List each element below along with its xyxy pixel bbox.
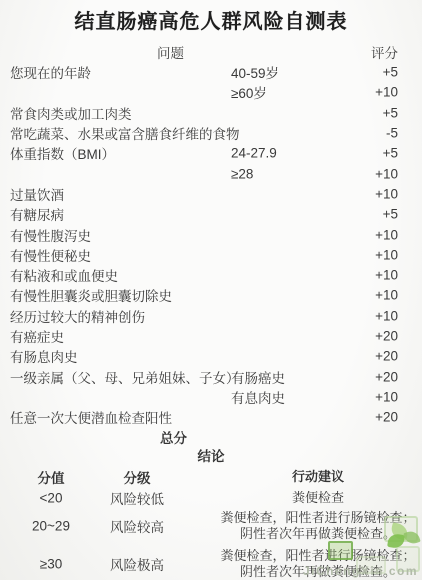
score-cell: +10	[375, 268, 398, 283]
option-cell: 40-59岁	[231, 62, 279, 82]
score-cell: +10	[375, 308, 398, 323]
conclusion-row: 20~29 风险较高 粪便检查，阳性者进行肠镜检查；阴性者次年再做粪便检查。	[0, 509, 422, 543]
risk-table-header: 问题 评分	[0, 42, 422, 60]
risk-table: 您现在的年龄 40-59岁 +5 ≥60岁 +10 常食肉类或加工肉类 +5 常…	[0, 62, 422, 427]
watermark-url: JiChengXin.com	[303, 564, 418, 578]
score-cell: +20	[375, 329, 398, 344]
question-cell: 有癌症史	[10, 326, 64, 346]
grade-cell: 风险较高	[88, 516, 186, 536]
score-cell: +10	[375, 166, 398, 181]
score-cell: +10	[375, 389, 398, 404]
score-cell: +10	[375, 85, 398, 100]
score-cell: +10	[375, 227, 398, 242]
table-row: 有糖尿病 +5	[0, 204, 422, 224]
question-cell: 有肠息肉史	[10, 346, 78, 366]
table-row: 常吃蔬菜、水果或富含膳食纤维的食物 -5	[0, 123, 422, 143]
score-column-header: 评分	[371, 42, 398, 62]
page-title: 结直肠癌高危人群风险自测表	[0, 0, 422, 42]
score-cell: +10	[375, 186, 398, 201]
table-row: 有息肉史 +10	[0, 387, 422, 407]
table-row: 经历过较大的精神创伤 +10	[0, 306, 422, 326]
score-cell: +5	[383, 65, 398, 80]
option-cell: 24-27.9	[231, 146, 277, 161]
question-cell: 体重指数（BMI）	[10, 143, 115, 163]
grade-cell: 风险极高	[88, 554, 186, 574]
total-row: 总分	[0, 427, 422, 447]
question-cell: 经历过较大的精神创伤	[10, 306, 145, 326]
score-cell: +20	[375, 369, 398, 384]
question-cell: 有慢性腹泻史	[10, 225, 91, 245]
total-label: 总分	[160, 427, 187, 447]
value-cell: ≥30	[16, 557, 86, 572]
grade-column-header: 分级	[88, 467, 186, 487]
option-cell: 有肠癌史	[231, 367, 285, 387]
score-cell: +10	[375, 288, 398, 303]
question-cell: 常吃蔬菜、水果或富含膳食纤维的食物	[10, 123, 240, 143]
action-line: 粪便检查，阳性者进行肠镜检查；	[220, 548, 416, 564]
score-cell: +20	[375, 349, 398, 364]
table-row: ≥28 +10	[0, 163, 422, 183]
table-row: 有粘液和或血便史 +10	[0, 265, 422, 285]
score-cell: +5	[383, 105, 398, 120]
value-cell: 20~29	[16, 519, 86, 534]
table-row: 任意一次大便潜血检查阳性 +20	[0, 407, 422, 427]
action-cell: 粪便检查	[220, 490, 416, 506]
option-cell: 有息肉史	[231, 387, 285, 407]
question-cell: 有慢性胆囊炎或胆囊切除史	[10, 285, 172, 305]
table-row: 有癌症史 +20	[0, 326, 422, 346]
action-line: 粪便检查	[220, 490, 416, 506]
score-cell: +5	[383, 146, 398, 161]
question-cell: 一级亲属（父、母、兄弟姐妹、子女）	[10, 367, 240, 387]
conclusion-header-row: 分值 分级 行动建议	[0, 467, 422, 487]
score-cell: +20	[375, 410, 398, 425]
option-cell: ≥60岁	[231, 82, 267, 102]
table-row: 有慢性腹泻史 +10	[0, 224, 422, 244]
question-cell: 任意一次大便潜血检查阳性	[10, 407, 172, 427]
score-cell: +5	[383, 207, 398, 222]
option-cell: ≥28	[231, 166, 253, 181]
table-row: 有慢性便秘史 +10	[0, 245, 422, 265]
conclusion-title: 结论	[0, 447, 422, 467]
table-row: 一级亲属（父、母、兄弟姐妹、子女） 有肠癌史 +20	[0, 366, 422, 386]
question-cell: 有慢性便秘史	[10, 245, 91, 265]
question-cell: 过量饮酒	[10, 184, 64, 204]
question-cell: 有糖尿病	[10, 204, 64, 224]
question-column-header: 问题	[157, 42, 184, 62]
conclusion-row: <20 风险较低 粪便检查	[0, 487, 422, 509]
table-row: 有肠息肉史 +20	[0, 346, 422, 366]
value-column-header: 分值	[16, 467, 86, 487]
value-cell: <20	[16, 491, 86, 506]
action-column-header: 行动建议	[220, 469, 416, 485]
table-row: 过量饮酒 +10	[0, 184, 422, 204]
question-cell: 您现在的年龄	[10, 62, 91, 82]
document-page: 结直肠癌高危人群风险自测表 问题 评分 您现在的年龄 40-59岁 +5 ≥60…	[0, 0, 422, 580]
table-row: ≥60岁 +10	[0, 82, 422, 102]
score-cell: +10	[375, 247, 398, 262]
watermark-stamp-box	[328, 541, 353, 560]
grade-cell: 风险较低	[88, 488, 186, 508]
table-row: 有慢性胆囊炎或胆囊切除史 +10	[0, 285, 422, 305]
question-cell: 常食肉类或加工肉类	[10, 103, 132, 123]
table-row: 常食肉类或加工肉类 +5	[0, 103, 422, 123]
table-row: 体重指数（BMI） 24-27.9 +5	[0, 143, 422, 163]
score-cell: -5	[386, 126, 398, 141]
table-row: 您现在的年龄 40-59岁 +5	[0, 62, 422, 82]
question-cell: 有粘液和或血便史	[10, 265, 118, 285]
